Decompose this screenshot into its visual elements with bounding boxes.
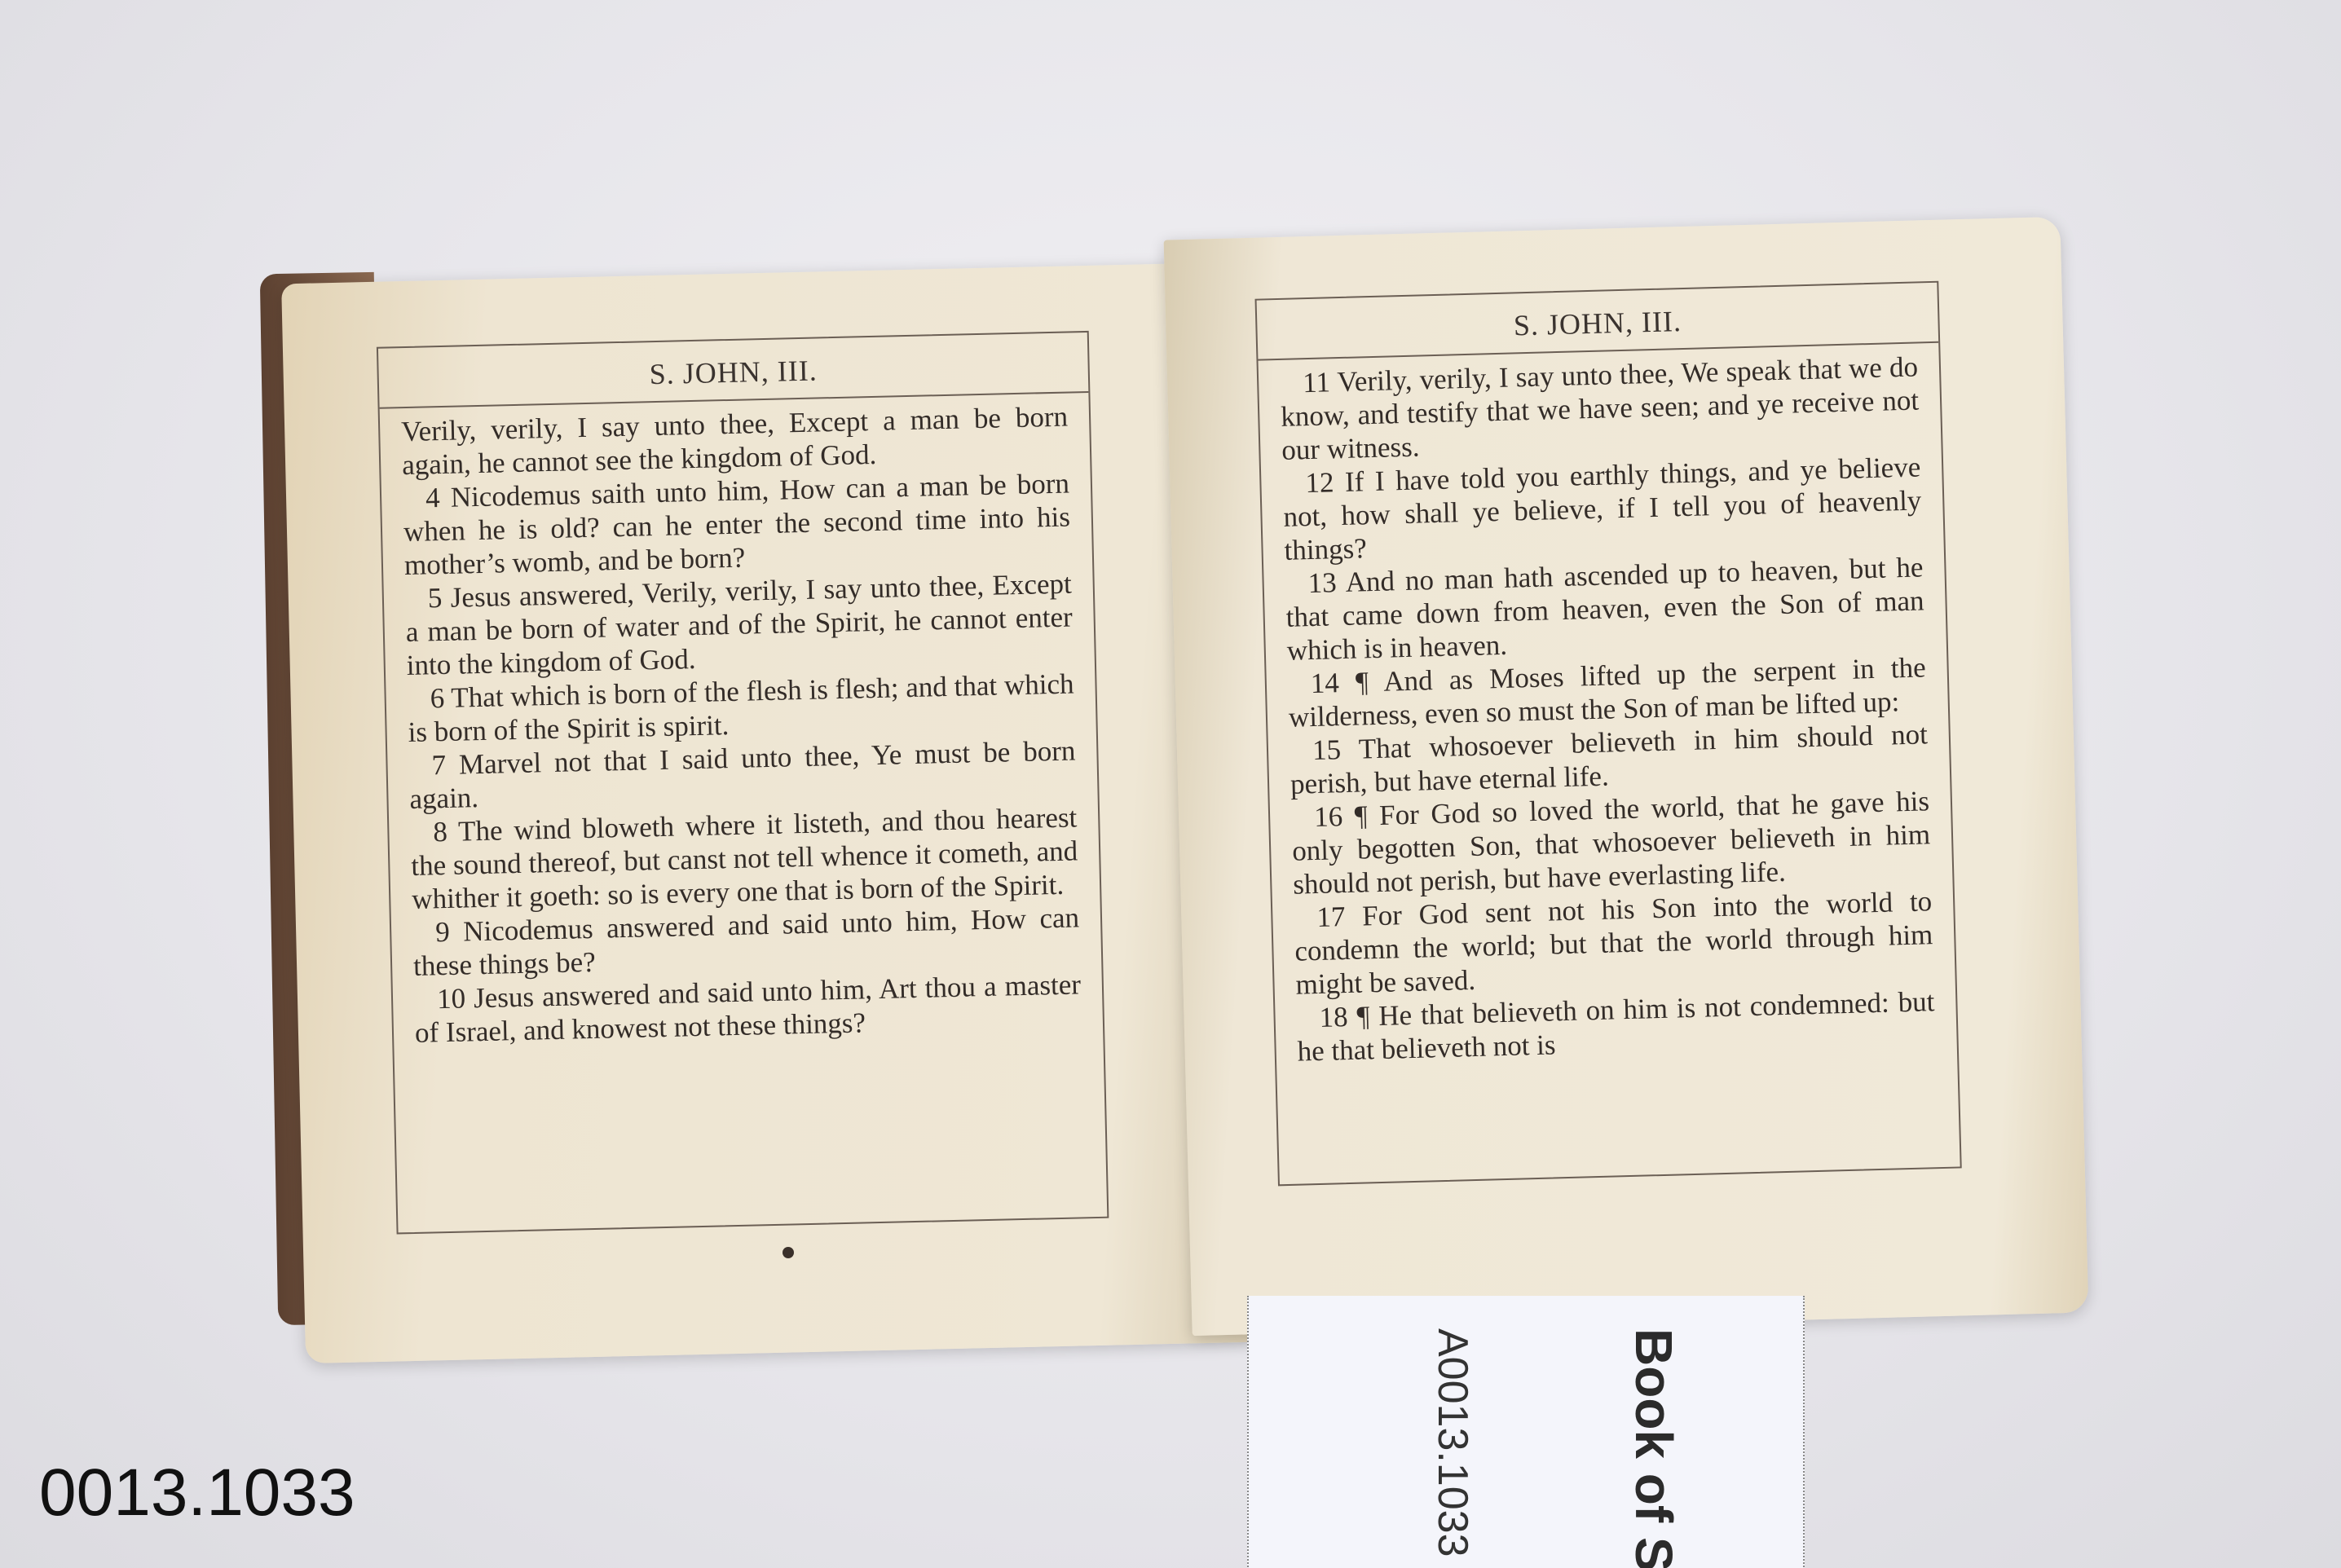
right-page-text: 11 Verily, verily, I say unto thee, We s… bbox=[1258, 343, 1957, 1076]
left-page-frame: S. JOHN, III. Verily, verily, I say unto… bbox=[377, 331, 1109, 1235]
right-page-frame: S. JOHN, III. 11 Verily, verily, I say u… bbox=[1255, 281, 1962, 1187]
open-book: S. JOHN, III. Verily, verily, I say unto… bbox=[269, 228, 2087, 1361]
left-page: S. JOHN, III. Verily, verily, I say unto… bbox=[281, 262, 1255, 1363]
verse-5: 5 Jesus answered, Verily, verily, I say … bbox=[404, 566, 1074, 682]
ink-spot bbox=[783, 1247, 794, 1258]
verse-8: 8 The wind bloweth where it listeth, and… bbox=[410, 800, 1079, 916]
verse-16: 16 ¶ For God so loved the world, that he… bbox=[1291, 784, 1932, 901]
left-page-text: Verily, verily, I say unto thee, Except … bbox=[380, 393, 1104, 1057]
verse-10: 10 Jesus answered and said unto him, Art… bbox=[414, 967, 1082, 1050]
catalog-number: 0013.1033 bbox=[39, 1455, 355, 1531]
museum-label: A0013.1033 Book of S bbox=[1247, 1296, 1805, 1568]
label-accession-number: A0013.1033 bbox=[1428, 1328, 1477, 1557]
label-title: Book of S bbox=[1624, 1328, 1684, 1568]
verse-13: 13 And no man hath ascended up to heaven… bbox=[1285, 550, 1925, 667]
verse-4: 4 Nicodemus saith unto him, How can a ma… bbox=[403, 467, 1072, 583]
verse-11: 11 Verily, verily, I say unto thee, We s… bbox=[1280, 350, 1920, 466]
right-page: S. JOHN, III. 11 Verily, verily, I say u… bbox=[1164, 217, 2089, 1336]
verse-17: 17 For God sent not his Son into the wor… bbox=[1294, 884, 1934, 1001]
verse-12: 12 If I have told you earthly things, an… bbox=[1282, 450, 1923, 566]
